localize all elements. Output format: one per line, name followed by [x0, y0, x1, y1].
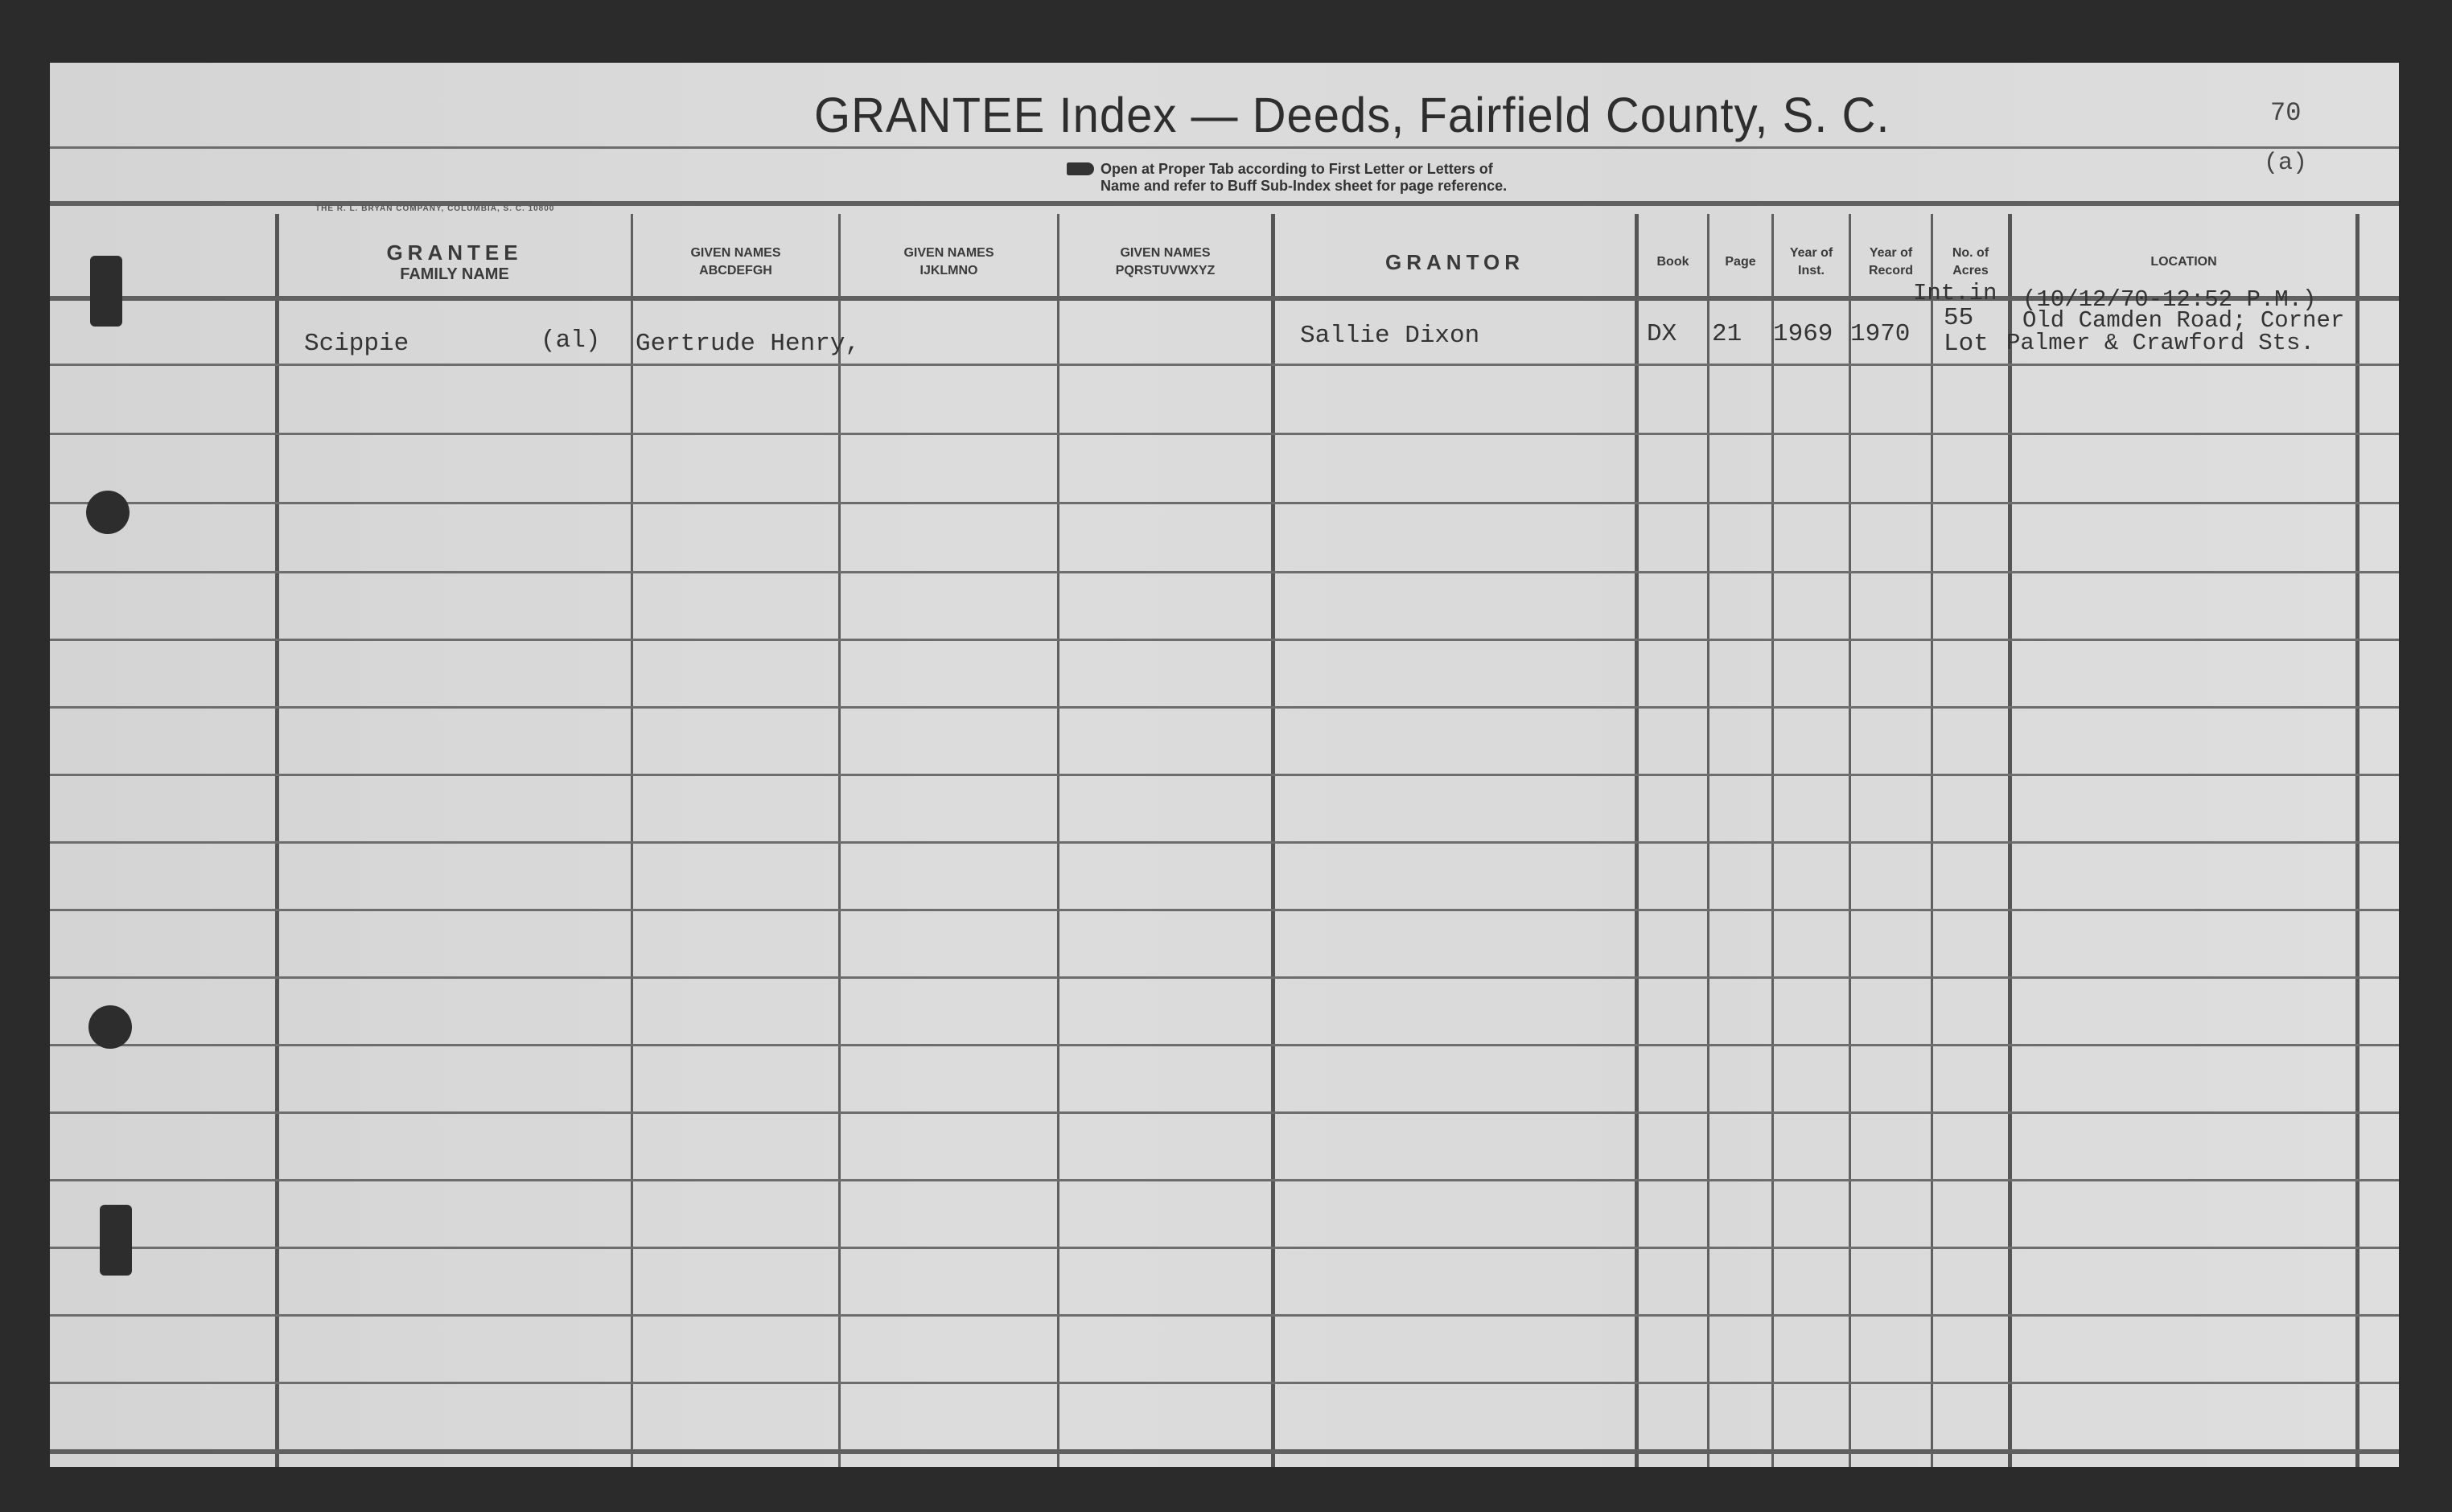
column-divider — [631, 214, 633, 1467]
column-divider — [838, 214, 841, 1467]
location-line-3: Palmer & Crawford Sts. — [2006, 330, 2314, 356]
binder-hole-icon — [86, 491, 130, 534]
year-of-inst-value: 1969 — [1773, 320, 1833, 348]
column-divider — [1057, 214, 1059, 1467]
column-divider — [1849, 214, 1851, 1467]
year-of-record-value: 1970 — [1850, 320, 1910, 348]
index-card: GRANTEE Index — Deeds, Fairfield County,… — [50, 63, 2399, 1467]
column-divider — [2008, 214, 2012, 1467]
column-divider — [1771, 214, 1774, 1467]
book-column-header: Book — [1639, 222, 1707, 302]
grantee-family-name: Scippie — [304, 330, 409, 358]
printer-imprint: THE R. L. BRYAN COMPANY, COLUMBIA, S. C.… — [315, 204, 554, 213]
page-value: 21 — [1712, 320, 1742, 348]
page-title: GRANTEE Index — Deeds, Fairfield County,… — [814, 87, 1890, 143]
given-names-pqrstuvwxyz-header: GIVEN NAMES PQRSTUVWXYZ — [1059, 222, 1271, 302]
column-divider — [2355, 214, 2359, 1467]
book-value: DX — [1647, 320, 1676, 348]
instruction-text: Open at Proper Tab according to First Le… — [1101, 161, 1507, 195]
column-divider — [1271, 214, 1275, 1467]
grantor-column-header: GRANTOR — [1275, 222, 1635, 302]
given-names-ijklmno-header: GIVEN NAMES IJKLMNO — [841, 222, 1057, 302]
binder-slot-icon — [90, 256, 122, 327]
grantee-family-note: (al) — [541, 327, 600, 355]
grantor-name: Sallie Dixon — [1300, 322, 1479, 350]
binder-hole-icon — [88, 1005, 132, 1049]
page-number: 70 — [2270, 98, 2301, 128]
binder-slot-icon — [100, 1205, 132, 1276]
acres-value: 55 — [1944, 304, 1973, 332]
column-divider — [275, 214, 279, 1467]
pointing-hand-icon — [1067, 162, 1094, 175]
column-divider — [1635, 214, 1639, 1467]
year-of-inst-header: Year of Inst. — [1774, 222, 1849, 302]
acres-interest-note: Int.in — [1913, 280, 1997, 306]
column-divider — [1931, 214, 1933, 1467]
acres-unit: Lot — [1944, 330, 1989, 358]
header-divider — [50, 146, 2399, 149]
grantee-column-header: GRANTEE FAMILY NAME — [278, 222, 631, 302]
page-column-header: Page — [1709, 222, 1771, 302]
given-names-abcdefgh-header: GIVEN NAMES ABCDEFGH — [633, 222, 838, 302]
page-suffix: (a) — [2264, 150, 2307, 177]
grantee-given-names: Gertrude Henry, — [636, 330, 860, 358]
column-divider — [1707, 214, 1709, 1467]
